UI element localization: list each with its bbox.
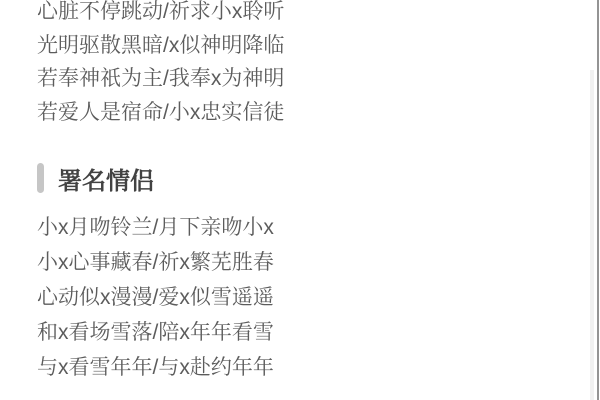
- nickname-line: 心脏不停跳动/祈求小x聆听: [37, 0, 284, 29]
- section-heading-text: 署名情侣: [58, 161, 154, 196]
- window-edge-line: [597, 0, 599, 400]
- nickname-line: 心动似x漫漫/爱x似雪遥遥: [37, 280, 274, 315]
- section-heading: 署名情侣: [37, 163, 154, 193]
- nickname-line: 若爱人是宿命/小x忠实信徒: [37, 96, 284, 130]
- nickname-line: 与x看雪年年/与x赴约年年: [37, 350, 274, 385]
- nickname-line: 光明驱散黑暗/x似神明降临: [37, 29, 284, 63]
- nickname-line: 小x心事藏春/祈x繁芜胜春: [37, 245, 274, 280]
- nickname-line: 若奉神祇为主/我奉x为神明: [37, 62, 284, 96]
- heading-accent-bar: [37, 163, 44, 193]
- nickname-line: 和x看场雪落/陪x年年看雪: [37, 315, 274, 350]
- article-page: 心脏不停跳动/祈求小x聆听 光明驱散黑暗/x似神明降临 若奉神祇为主/我奉x为神…: [0, 0, 600, 400]
- nickname-list-top: 心脏不停跳动/祈求小x聆听 光明驱散黑暗/x似神明降临 若奉神祇为主/我奉x为神…: [37, 0, 284, 129]
- nickname-list-signed: 小x月吻铃兰/月下亲吻小x 小x心事藏春/祈x繁芜胜春 心动似x漫漫/爱x似雪遥…: [37, 210, 274, 385]
- nickname-line: 小x月吻铃兰/月下亲吻小x: [37, 210, 274, 245]
- scrollbar-track[interactable]: [590, 70, 594, 400]
